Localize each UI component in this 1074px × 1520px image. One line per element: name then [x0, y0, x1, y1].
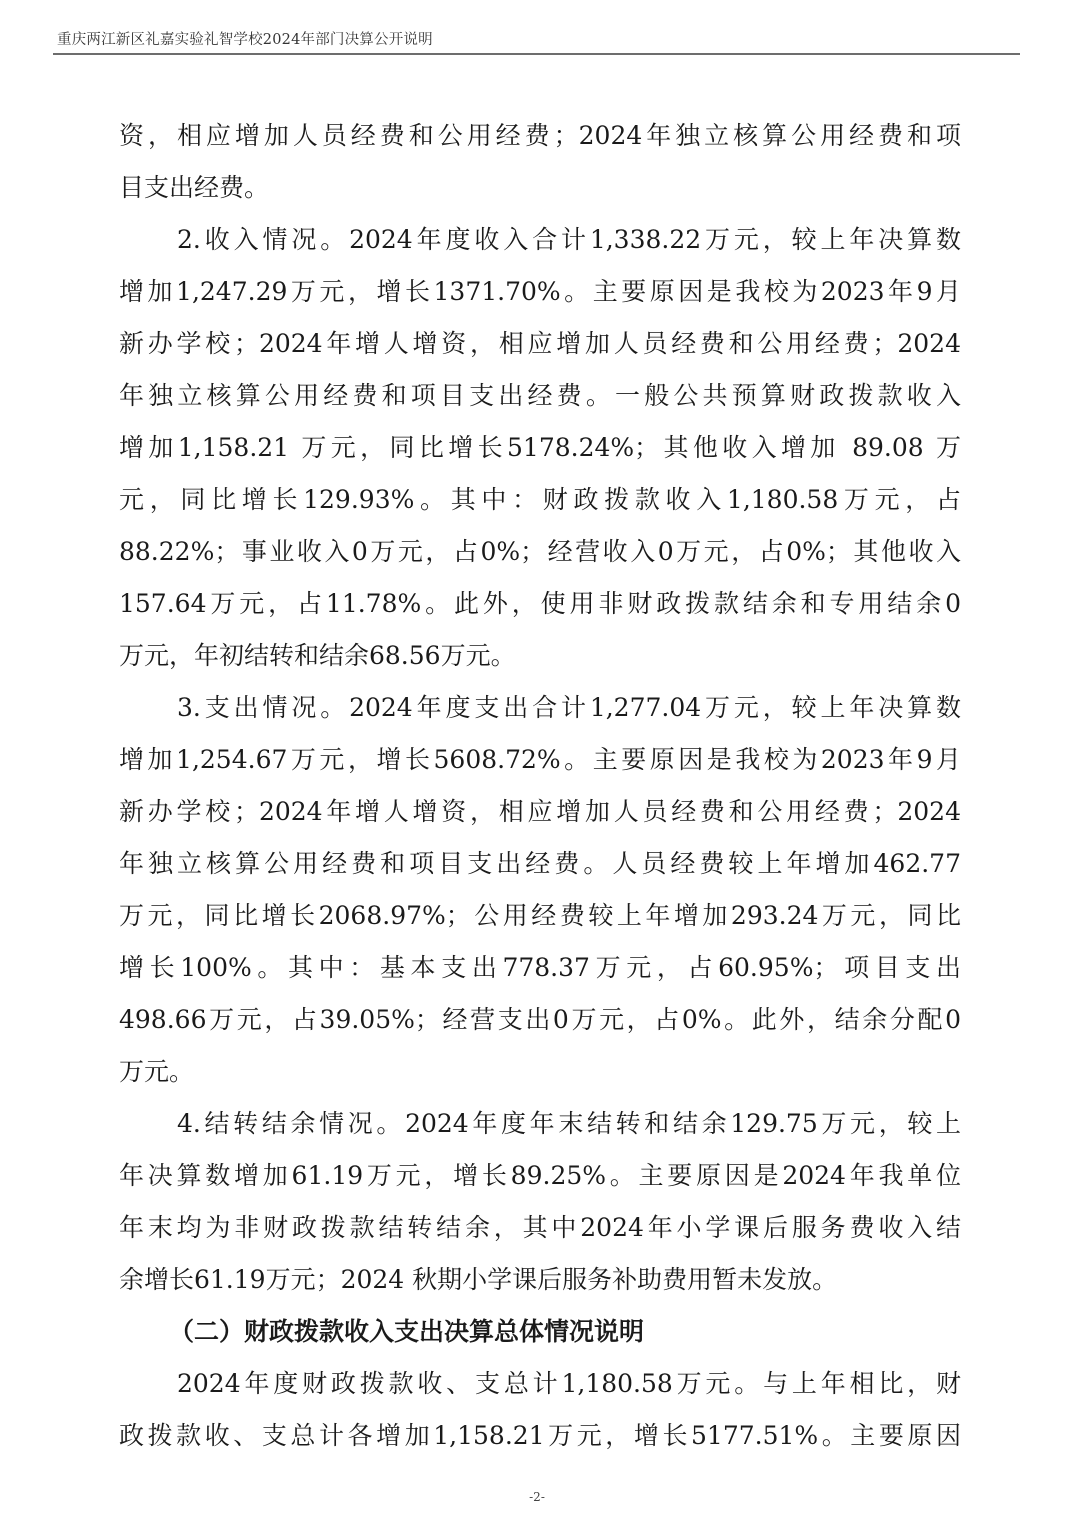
text-line: 增加1,254.67万元，增长5608.72%。主要原因是我校为2023年9月 [119, 734, 961, 786]
text-line: 3.支出情况。2024年度支出合计1,277.04万元，较上年决算数 [119, 682, 961, 734]
text-line: 万元，同比增长2068.97%；公用经费较上年增加293.24万元，同比 [119, 890, 961, 942]
page-header: 重庆两江新区礼嘉实验礼智学校2024年部门决算公开说明 [55, 31, 1020, 53]
text-line: 增加1,158.21 万元，同比增长5178.24%；其他收入增加 89.08 … [119, 422, 961, 474]
text-line: 2.收入情况。2024年度收入合计1,338.22万元，较上年决算数 [119, 214, 961, 266]
paragraph-carryover: 4.结转结余情况。2024年度年末结转和结余129.75万元，较上 年决算数增加… [119, 1098, 961, 1306]
document-body: 资，相应增加人员经费和公用经费；2024年独立核算公用经费和项 目支出经费。 2… [119, 110, 961, 1462]
paragraph-income: 2.收入情况。2024年度收入合计1,338.22万元，较上年决算数 增加1,2… [119, 214, 961, 682]
section-heading-text: （二）财政拨款收入支出决算总体情况说明 [119, 1306, 961, 1358]
text-line: 余增长61.19万元；2024 秋期小学课后服务补助费用暂未发放。 [119, 1254, 961, 1306]
text-line: 年决算数增加61.19万元，增长89.25%。主要原因是2024年我单位 [119, 1150, 961, 1202]
text-line: 年末均为非财政拨款结转结余，其中2024年小学课后服务费收入结 [119, 1202, 961, 1254]
document-title: 重庆两江新区礼嘉实验礼智学校2024年部门决算公开说明 [57, 31, 433, 49]
text-line: 498.66万元，占39.05%；经营支出0万元，占0%。此外，结余分配0 [119, 994, 961, 1046]
text-line: 增长100%。其中：基本支出778.37万元，占60.95%；项目支出 [119, 942, 961, 994]
text-line: 万元。 [119, 1046, 961, 1098]
section-heading: （二）财政拨款收入支出决算总体情况说明 [119, 1306, 961, 1358]
text-line: 2024年度财政拨款收、支总计1,180.58万元。与上年相比，财 [119, 1358, 961, 1410]
paragraph-continuation: 资，相应增加人员经费和公用经费；2024年独立核算公用经费和项 目支出经费。 [119, 110, 961, 214]
text-line: 万元，年初结转和结余68.56万元。 [119, 630, 961, 682]
text-line: 政拨款收、支总计各增加1,158.21万元，增长5177.51%。主要原因 [119, 1410, 961, 1462]
page-number: -2- [0, 1490, 1074, 1504]
text-line: 增加1,247.29万元，增长1371.70%。主要原因是我校为2023年9月 [119, 266, 961, 318]
text-line: 元，同比增长129.93%。其中：财政拨款收入1,180.58万元，占 [119, 474, 961, 526]
text-line: 目支出经费。 [119, 162, 961, 214]
text-line: 4.结转结余情况。2024年度年末结转和结余129.75万元，较上 [119, 1098, 961, 1150]
text-line: 新办学校；2024年增人增资，相应增加人员经费和公用经费；2024 [119, 318, 961, 370]
text-line: 年独立核算公用经费和项目支出经费。人员经费较上年增加462.77 [119, 838, 961, 890]
text-line: 年独立核算公用经费和项目支出经费。一般公共预算财政拨款收入 [119, 370, 961, 422]
header-divider [53, 53, 1020, 55]
text-line: 157.64万元，占11.78%。此外，使用非财政拨款结余和专用结余0 [119, 578, 961, 630]
paragraph-expenditure: 3.支出情况。2024年度支出合计1,277.04万元，较上年决算数 增加1,2… [119, 682, 961, 1098]
paragraph-fiscal: 2024年度财政拨款收、支总计1,180.58万元。与上年相比，财 政拨款收、支… [119, 1358, 961, 1462]
text-line: 新办学校；2024年增人增资，相应增加人员经费和公用经费；2024 [119, 786, 961, 838]
text-line: 88.22%；事业收入0万元，占0%；经营收入0万元，占0%；其他收入 [119, 526, 961, 578]
text-line: 资，相应增加人员经费和公用经费；2024年独立核算公用经费和项 [119, 110, 961, 162]
